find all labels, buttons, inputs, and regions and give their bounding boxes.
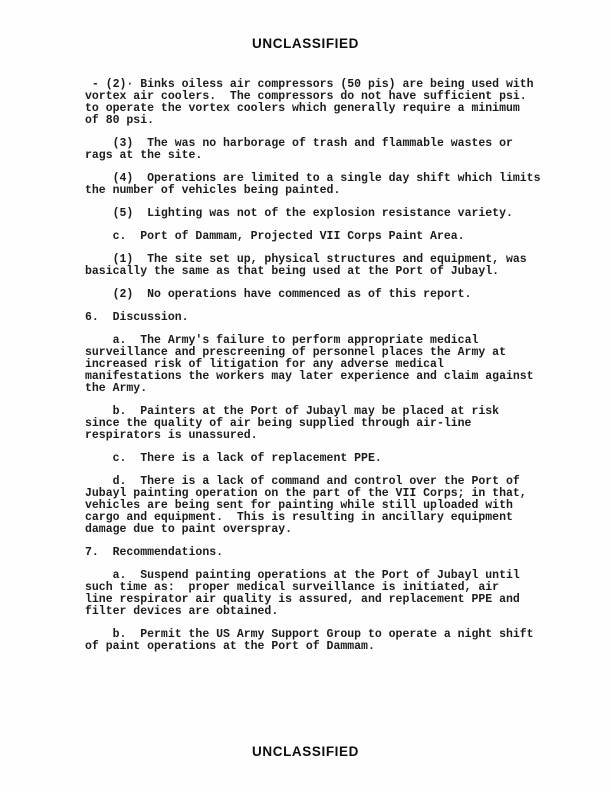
- document-page: UNCLASSIFIED - (2)· Binks oiless air com…: [0, 0, 611, 792]
- paragraph: (3) The was no harborage of trash and fl…: [85, 138, 553, 162]
- paragraph: c. There is a lack of replacement PPE.: [85, 453, 553, 465]
- paragraph: 7. Recommendations.: [85, 547, 553, 559]
- paragraph: (4) Operations are limited to a single d…: [85, 173, 553, 197]
- document-body: - (2)· Binks oiless air compressors (50 …: [85, 79, 553, 664]
- paragraph: (1) The site set up, physical structures…: [85, 254, 553, 278]
- paragraph: 6. Discussion.: [85, 312, 553, 324]
- paragraph: - (2)· Binks oiless air compressors (50 …: [85, 79, 553, 127]
- classification-footer: UNCLASSIFIED: [0, 744, 611, 759]
- paragraph: a. Suspend painting operations at the Po…: [85, 570, 553, 618]
- paragraph: b. Permit the US Army Support Group to o…: [85, 629, 553, 653]
- paragraph: d. There is a lack of command and contro…: [85, 476, 553, 536]
- classification-header: UNCLASSIFIED: [0, 36, 611, 51]
- paragraph: b. Painters at the Port of Jubayl may be…: [85, 406, 553, 442]
- paragraph: (2) No operations have commenced as of t…: [85, 289, 553, 301]
- paragraph: (5) Lighting was not of the explosion re…: [85, 208, 553, 220]
- paragraph: a. The Army's failure to perform appropr…: [85, 335, 553, 395]
- paragraph: c. Port of Dammam, Projected VII Corps P…: [85, 231, 553, 243]
